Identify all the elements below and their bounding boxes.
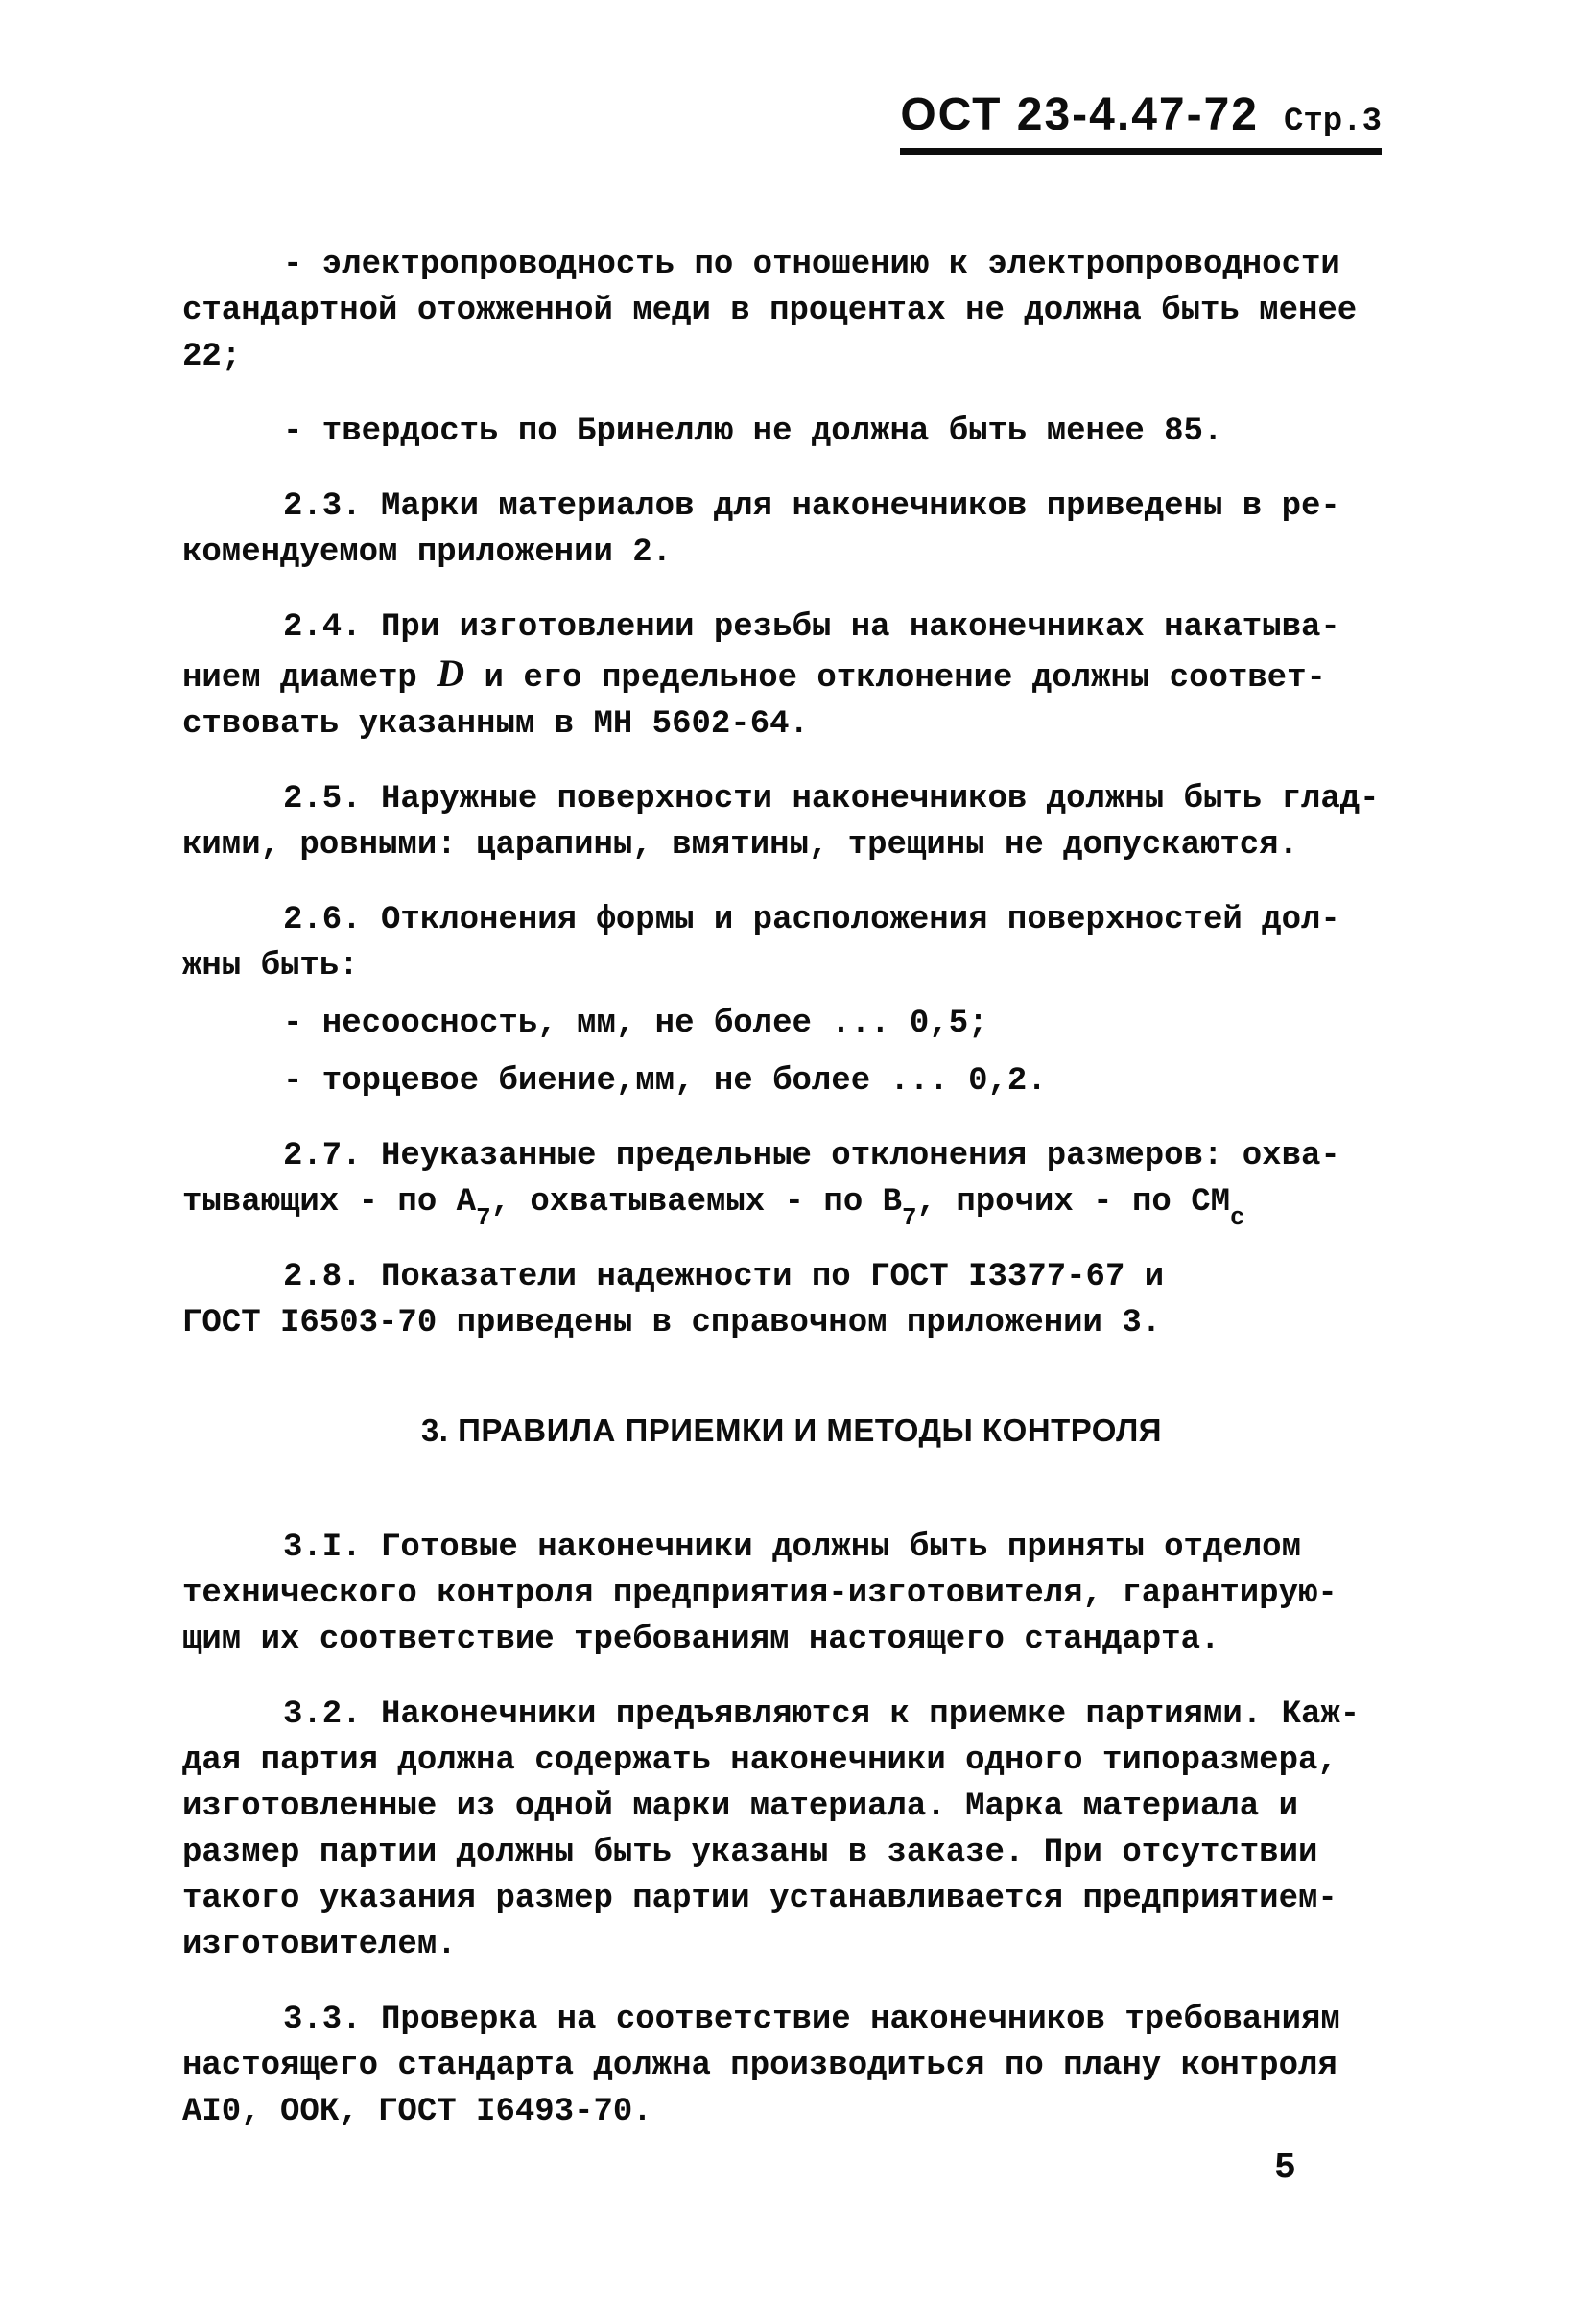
tolerance-subscript-a7: 7 xyxy=(476,1203,491,1232)
diameter-symbol: D xyxy=(437,652,464,695)
paragraph-2-7-line1: 2.7. Неуказанные предельные отклонения р… xyxy=(182,1133,1401,1179)
paragraph-2-8: 2.8. Показатели надежности по ГОСТ I3377… xyxy=(182,1254,1401,1346)
document-body: - электропроводность по отношению к элек… xyxy=(182,242,1401,2135)
tolerance-subscript-b7: 7 xyxy=(902,1203,917,1232)
paragraph-2-4-line1: 2.4. При изготовлении резьбы на наконечн… xyxy=(182,605,1401,651)
paragraph-2-6: 2.6. Отклонения формы и расположения пов… xyxy=(182,897,1401,989)
page-label: Стр.3 xyxy=(1284,106,1382,138)
paragraph-2-4-line2-pre: нием диаметр xyxy=(182,660,437,697)
paragraph-3-2: 3.2. Наконечники предъявляются к приемке… xyxy=(182,1692,1401,1968)
standard-number: ОСТ 23-4.47-72 xyxy=(900,92,1259,138)
paragraph-2-4-line3: ствовать указанным в МН 5602-64. xyxy=(182,701,1401,747)
list-item-face-runout: - торцевое биение,мм, не более ... 0,2. xyxy=(182,1058,1401,1104)
page-number: 5 xyxy=(1274,2147,1296,2189)
paragraph-2-5: 2.5. Наружные поверхности наконечников д… xyxy=(182,776,1401,868)
paragraph-2-4-line2-post: и его предельное отклонение должны соотв… xyxy=(464,660,1326,697)
paragraph-hardness: - твердость по Бринеллю не должна быть м… xyxy=(182,409,1401,455)
paragraph-2-7: 2.7. Неуказанные предельные отклонения р… xyxy=(182,1133,1401,1225)
paragraph-conductivity: - электропроводность по отношению к элек… xyxy=(182,242,1401,380)
scanned-document-page: ОСТ 23-4.47-72 Стр.3 - электропроводност… xyxy=(0,0,1586,2324)
section-3-heading: 3. ПРАВИЛА ПРИЕМКИ И МЕТОДЫ КОНТРОЛЯ xyxy=(182,1408,1401,1454)
paragraph-2-7-line2: тывающих - по А7, охватываемых - по В7, … xyxy=(182,1179,1401,1225)
list-item-misalignment: - несоосность, мм, не более ... 0,5; xyxy=(182,1001,1401,1047)
paragraph-2-7-line2-part3: , прочих - по СМ xyxy=(917,1184,1230,1221)
paragraph-3-1: 3.I. Готовые наконечники должны быть при… xyxy=(182,1525,1401,1663)
paragraph-2-7-line2-part1: тывающих - по А xyxy=(182,1184,476,1221)
paragraph-2-4-line2: нием диаметр D и его предельное отклонен… xyxy=(182,651,1401,701)
tolerance-subscript-sm: с xyxy=(1230,1203,1245,1232)
running-head: ОСТ 23-4.47-72 Стр.3 xyxy=(900,92,1382,155)
paragraph-3-3: 3.3. Проверка на соответствие наконечник… xyxy=(182,1997,1401,2135)
paragraph-2-7-line2-part2: , охватываемых - по В xyxy=(491,1184,902,1221)
paragraph-2-3: 2.3. Марки материалов для наконечников п… xyxy=(182,484,1401,576)
paragraph-2-4: 2.4. При изготовлении резьбы на наконечн… xyxy=(182,605,1401,747)
